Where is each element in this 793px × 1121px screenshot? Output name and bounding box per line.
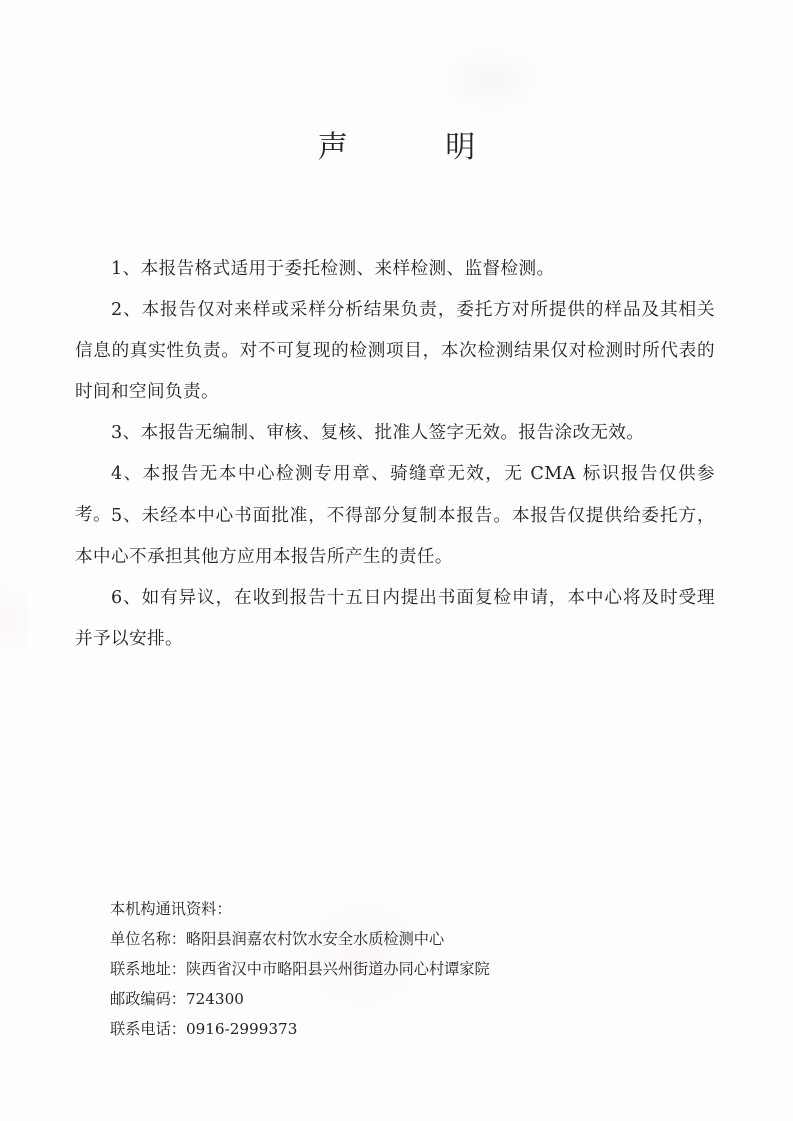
contact-label: 单位名称：	[110, 930, 186, 948]
contact-value: 724300	[186, 990, 244, 1008]
clause-2: 2、本报告仅对来样或采样分析结果负责，委托方对所提供的样品及其相关信息的真实性负…	[75, 290, 715, 413]
contact-value: 略阳县润嘉农村饮水安全水质检测中心	[186, 930, 444, 948]
faint-seal-mark	[430, 40, 550, 120]
contact-row-postcode: 邮政编码：724300	[110, 984, 490, 1014]
contact-label: 联系地址：	[110, 960, 186, 978]
contact-info: 本机构通讯资料： 单位名称：略阳县润嘉农村饮水安全水质检测中心 联系地址：陕西省…	[110, 894, 490, 1044]
clause-5: 5、未经本中心书面批准，不得部分复制本报告。本报告仅提供给委托方，本中心不承担其…	[75, 496, 715, 578]
document-page: 声 明 1、本报告格式适用于委托检测、来样检测、监督检测。 2、本报告仅对来样或…	[0, 0, 793, 1121]
contact-value: 陕西省汉中市略阳县兴州街道办同心村谭家院	[186, 960, 490, 978]
contact-value: 0916-2999373	[186, 1020, 297, 1038]
clause-3: 3、本报告无编制、审核、复核、批准人签字无效。报告涂改无效。	[75, 413, 715, 454]
seam-stamp-mark	[0, 560, 30, 680]
contact-row-org-name: 单位名称：略阳县润嘉农村饮水安全水质检测中心	[110, 924, 490, 954]
clause-1: 1、本报告格式适用于委托检测、来样检测、监督检测。	[75, 249, 715, 290]
page-title: 声 明	[0, 128, 793, 168]
contact-label: 邮政编码：	[110, 990, 186, 1008]
clause-6: 6、如有异议，在收到报告十五日内提出书面复检申请，本中心将及时受理并予以安排。	[75, 578, 715, 660]
contact-row-phone: 联系电话：0916-2999373	[110, 1014, 490, 1044]
contact-heading: 本机构通讯资料：	[110, 894, 490, 924]
contact-label: 联系电话：	[110, 1020, 186, 1038]
contact-row-address: 联系地址：陕西省汉中市略阳县兴州街道办同心村谭家院	[110, 954, 490, 984]
